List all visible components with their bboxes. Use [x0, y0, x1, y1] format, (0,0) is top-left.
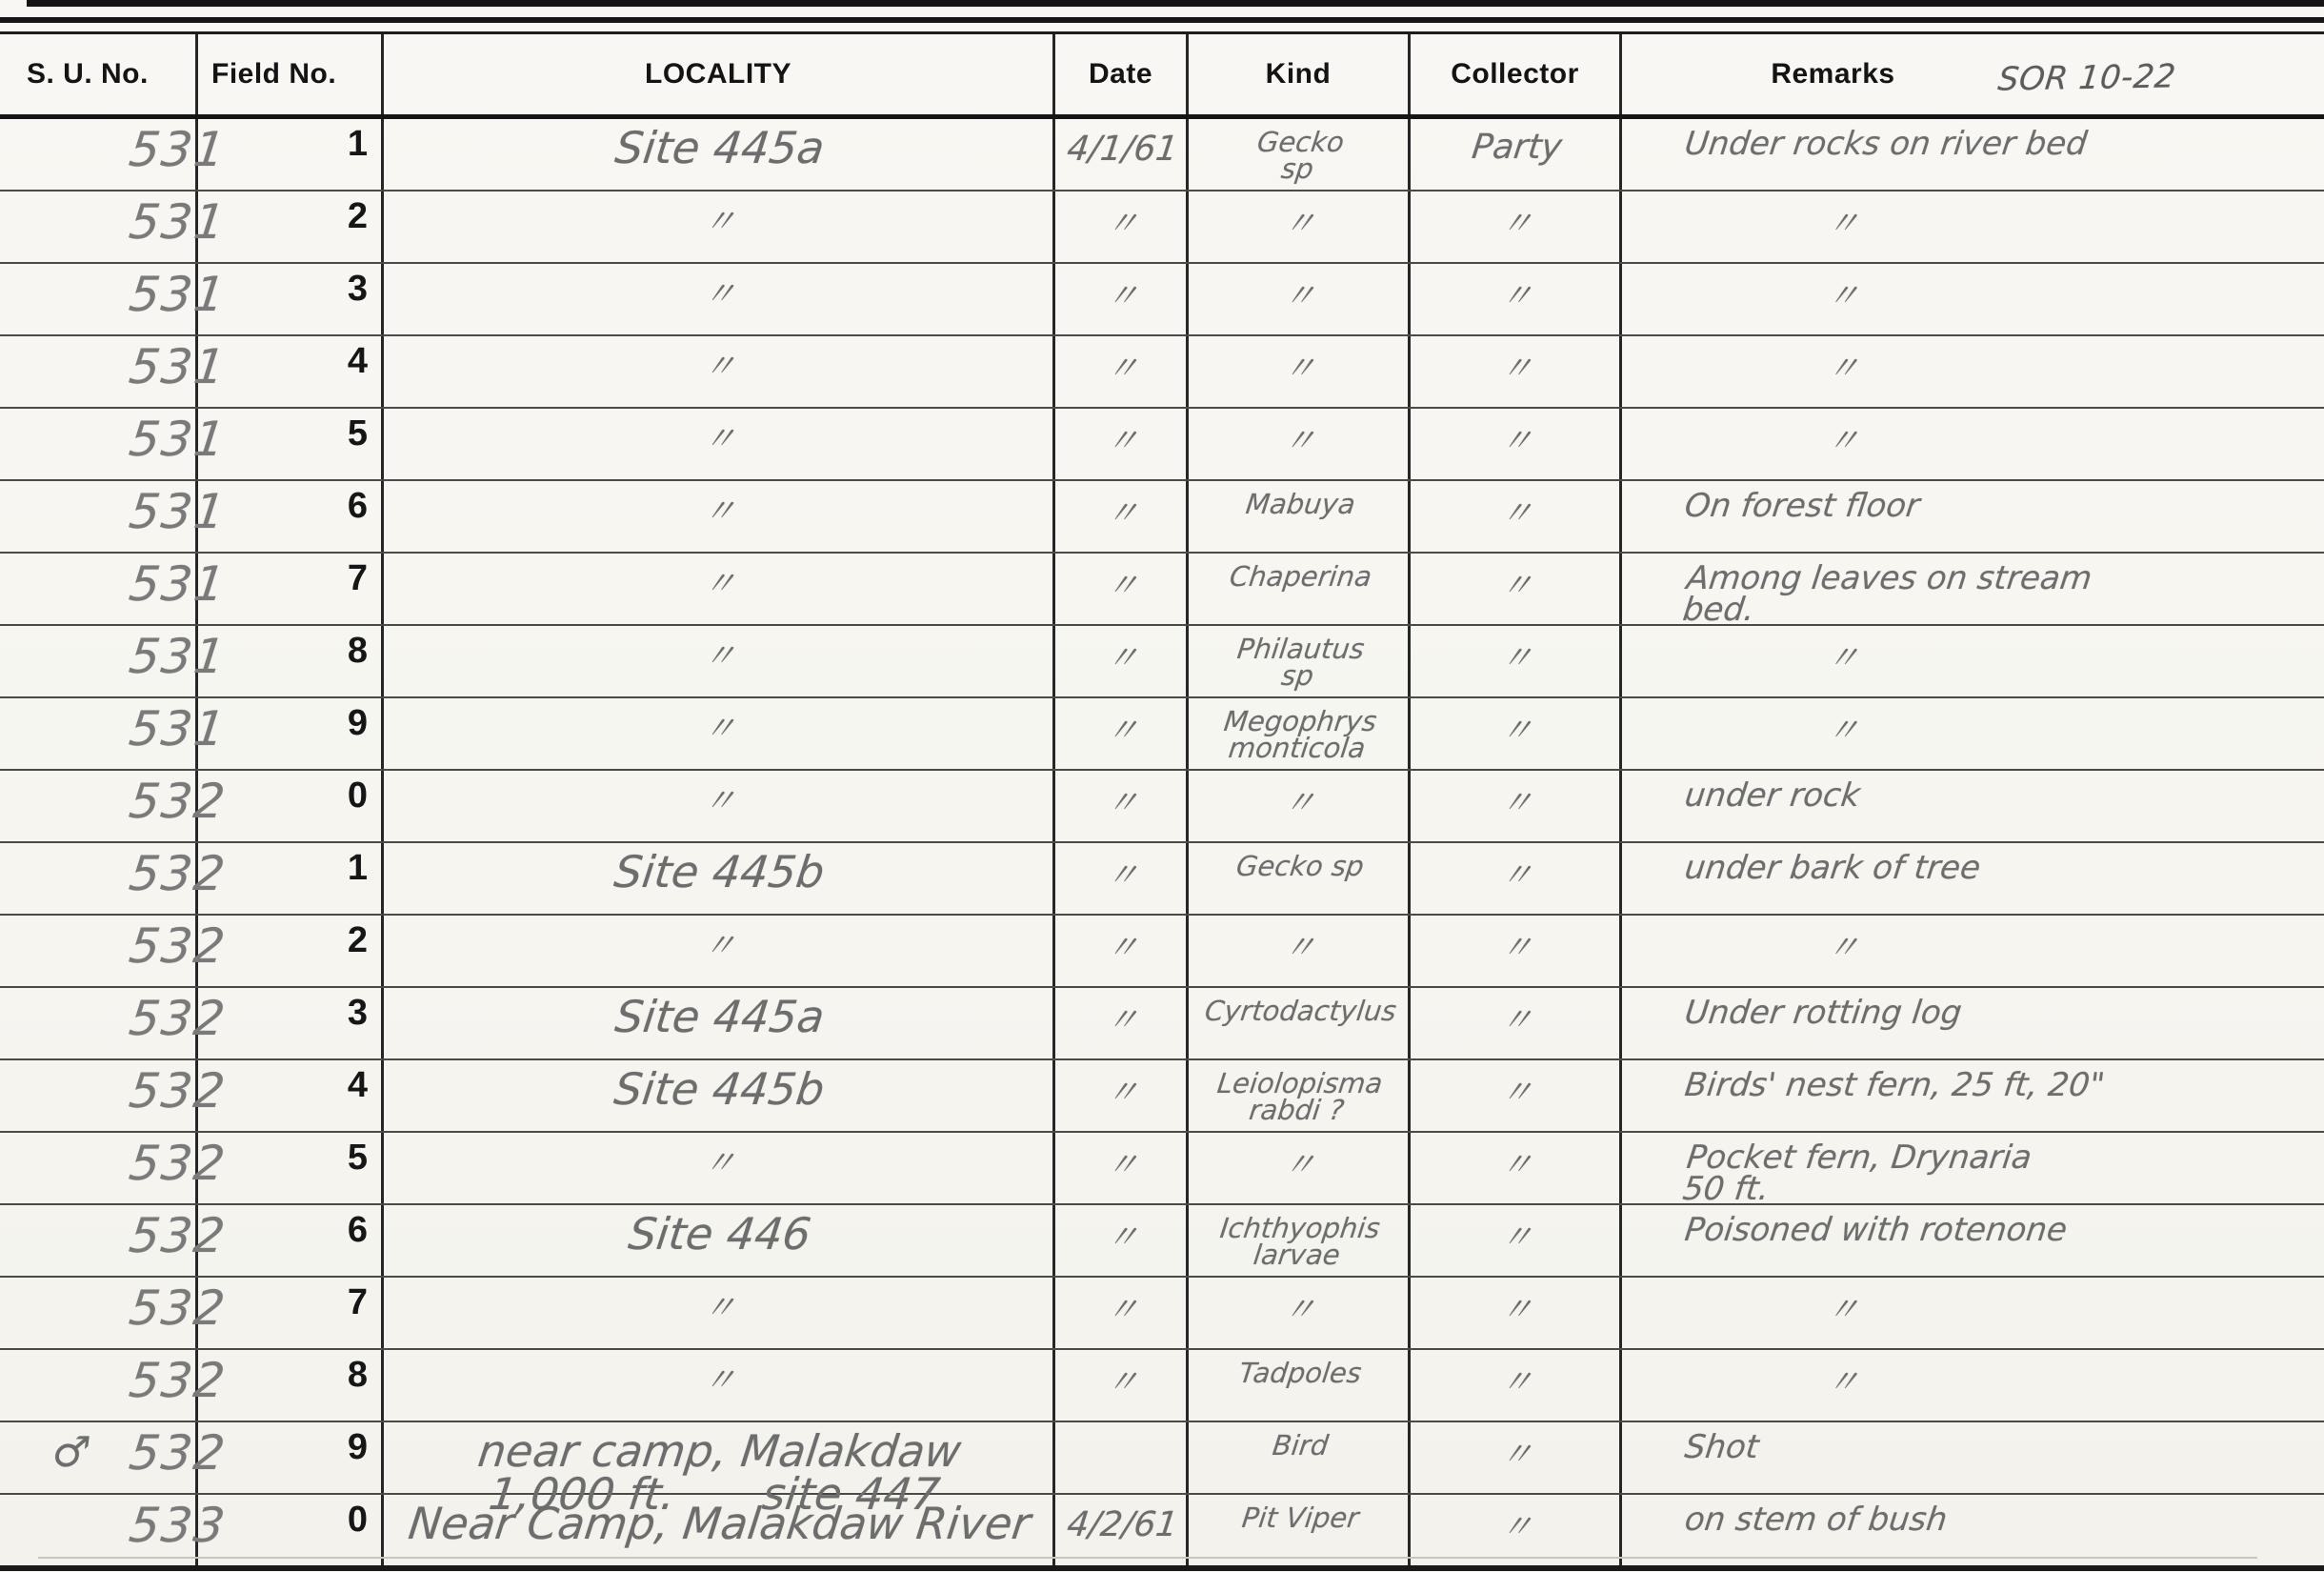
table-row: 531 9 〃 〃 Megophrys monticola 〃 〃 [0, 698, 2324, 771]
table-row: 532 6 Site 446 〃 Ichthyophis larvae 〃 Po… [0, 1205, 2324, 1278]
cell-date: 4/2/61 [1052, 1495, 1186, 1565]
cell-collector: 〃 [1408, 1205, 1619, 1276]
collector-value: 〃 [1495, 933, 1534, 986]
cell-collector: 〃 [1408, 988, 1619, 1058]
cell-kind: 〃 [1186, 409, 1408, 479]
date-value: 〃 [1101, 1005, 1140, 1058]
kind-value: Mabuya [1240, 491, 1356, 552]
field-no-printed: 8 [348, 1355, 368, 1396]
cell-field-no: 531 8 [195, 626, 381, 696]
field-no-handwritten: 531 [127, 489, 229, 535]
cell-locality: 〃 [381, 264, 1052, 334]
cell-date: 〃 [1052, 1350, 1186, 1421]
date-value: 〃 [1101, 643, 1140, 696]
locality-value: near camp, Malakdaw 1,000 ft. site 447 [473, 1430, 964, 1493]
cell-kind: Cyrtodactylus [1186, 988, 1408, 1058]
cell-field-no: 532 1 [195, 843, 381, 914]
cell-field-no: 531 3 [195, 264, 381, 334]
locality-value: Site 445a [610, 127, 826, 190]
collector-value: 〃 [1495, 1295, 1534, 1348]
header-field-no: Field No. [195, 34, 381, 114]
locality-value: 〃 [698, 931, 737, 986]
cell-remarks: Shot [1619, 1422, 2324, 1493]
cell-collector: 〃 [1408, 843, 1619, 914]
table-row: 532 4 Site 445b 〃 Leiolopisma rabdi ? 〃 … [0, 1060, 2324, 1133]
cell-locality: 〃 [381, 1133, 1052, 1203]
kind-value: Cyrtodactylus [1199, 998, 1398, 1058]
cell-date: 〃 [1052, 336, 1186, 407]
cell-collector: 〃 [1408, 409, 1619, 479]
cell-collector: 〃 [1408, 554, 1619, 624]
cell-kind: 〃 [1186, 191, 1408, 262]
cell-kind: Tadpoles [1186, 1350, 1408, 1421]
collector-value: 〃 [1495, 643, 1534, 696]
locality-value: 〃 [698, 641, 737, 696]
table-row: 531 4 〃 〃 〃 〃 〃 [0, 336, 2324, 409]
remarks-value: 〃 [1825, 643, 1861, 675]
field-no-handwritten: 531 [127, 561, 229, 608]
date-value: 〃 [1101, 1222, 1140, 1276]
header-collector: Collector [1408, 34, 1619, 114]
field-no-printed: 9 [348, 703, 368, 744]
remarks-value: 〃 [1825, 715, 1861, 747]
field-no-handwritten: 533 [127, 1502, 229, 1549]
cell-kind: Bird [1186, 1422, 1408, 1493]
collector-value: 〃 [1495, 788, 1534, 841]
date-value: 〃 [1101, 281, 1140, 334]
cell-field-no: 531 5 [195, 409, 381, 479]
cell-field-no: 532 5 [195, 1133, 381, 1203]
field-no-handwritten: 531 [127, 416, 229, 463]
cell-kind: Mabuya [1186, 481, 1408, 552]
table-row: 531 7 〃 〃 Chaperina 〃 Among leaves on st… [0, 554, 2324, 626]
cell-field-no: 532 6 [195, 1205, 381, 1276]
remarks-value: 〃 [1825, 353, 1861, 385]
date-value: 4/1/61 [1062, 132, 1179, 190]
field-no-printed: 5 [348, 413, 368, 454]
cell-collector: 〃 [1408, 698, 1619, 769]
field-no-printed: 3 [348, 269, 368, 310]
field-no-printed: 0 [348, 776, 368, 816]
field-no-printed: 8 [348, 631, 368, 672]
field-no-printed: 0 [348, 1500, 368, 1541]
field-no-printed: 1 [348, 124, 368, 165]
cell-locality: Near Camp, Malakdaw River [381, 1495, 1052, 1565]
scan-edge-artifact [27, 0, 2324, 7]
field-no-handwritten: 532 [127, 1285, 229, 1332]
cell-kind: Megophrys monticola [1186, 698, 1408, 769]
field-no-handwritten: 531 [127, 127, 229, 173]
table-row: 531 6 〃 〃 Mabuya 〃 On forest floor [0, 481, 2324, 554]
collector-value: 〃 [1495, 1005, 1534, 1058]
cell-date [1052, 1422, 1186, 1493]
locality-value: 〃 [698, 279, 737, 334]
cell-date: 〃 [1052, 1278, 1186, 1348]
cell-date: 〃 [1052, 771, 1186, 841]
date-value: 〃 [1101, 788, 1140, 841]
locality-value: 〃 [698, 569, 737, 624]
cell-remarks: Pocket fern, Drynaria 50 ft. [1619, 1133, 2324, 1203]
locality-value: Site 446 [624, 1213, 813, 1276]
remarks-value: Birds' nest fern, 25 ft, 20" [1683, 1070, 2107, 1101]
header-annotation: SOR 10-22 [1996, 62, 2177, 97]
cell-remarks: 〃 [1619, 698, 2324, 769]
table-row: 532 1 Site 445b 〃 Gecko sp 〃 under bark … [0, 843, 2324, 916]
cell-field-no: 532 9 [195, 1422, 381, 1493]
collector-value: 〃 [1495, 571, 1534, 624]
cell-remarks: Birds' nest fern, 25 ft, 20" [1619, 1060, 2324, 1131]
date-value: 〃 [1101, 1295, 1140, 1348]
remarks-value: Shot [1683, 1432, 1760, 1463]
kind-value: 〃 [1279, 1295, 1318, 1348]
date-value: 〃 [1101, 933, 1140, 986]
cell-remarks: Under rotting log [1619, 988, 2324, 1058]
date-value: 〃 [1101, 1150, 1140, 1203]
collector-value: Party [1467, 131, 1564, 190]
field-no-printed: 7 [348, 558, 368, 599]
date-value: 〃 [1101, 1078, 1140, 1131]
cell-remarks: Poisoned with rotenone [1619, 1205, 2324, 1276]
cell-remarks: Under rocks on river bed [1619, 119, 2324, 190]
cell-field-no: 532 8 [195, 1350, 381, 1421]
table-row: 531 8 〃 〃 Philautus sp 〃 〃 [0, 626, 2324, 698]
date-value [1117, 1436, 1124, 1493]
cell-date: 〃 [1052, 191, 1186, 262]
remarks-value: 〃 [1825, 1295, 1861, 1326]
header-remarks-label: Remarks [1771, 58, 1894, 91]
cell-locality: Site 445a [381, 119, 1052, 190]
table-body: 531 1 Site 445a 4/1/61 Gecko sp Party Un… [0, 119, 2324, 1571]
cell-locality: Site 445b [381, 1060, 1052, 1131]
field-no-handwritten: 532 [127, 1213, 229, 1260]
cell-locality: 〃 [381, 626, 1052, 696]
collector-value: 〃 [1495, 209, 1534, 262]
field-no-handwritten: 532 [127, 1140, 229, 1187]
header-kind: Kind [1186, 34, 1408, 114]
cell-date: 〃 [1052, 626, 1186, 696]
cell-collector: 〃 [1408, 1350, 1619, 1421]
cell-collector: 〃 [1408, 264, 1619, 334]
remarks-value: Under rotting log [1683, 998, 1963, 1029]
cell-locality: 〃 [381, 698, 1052, 769]
locality-value: Site 445b [610, 851, 827, 914]
cell-date: 〃 [1052, 1205, 1186, 1276]
cell-collector: 〃 [1408, 191, 1619, 262]
cell-field-no: 531 6 [195, 481, 381, 552]
field-no-printed: 3 [348, 993, 368, 1034]
date-value: 〃 [1101, 715, 1140, 769]
cell-date: 〃 [1052, 264, 1186, 334]
locality-value: 〃 [698, 496, 737, 552]
cell-remarks: 〃 [1619, 1350, 2324, 1421]
cell-remarks: 〃 [1619, 264, 2324, 334]
kind-value: Tadpoles [1233, 1360, 1363, 1421]
field-no-printed: 6 [348, 486, 368, 527]
scan-bottom-line [38, 1557, 2257, 1559]
locality-value: 〃 [698, 207, 737, 262]
cell-field-no: 532 4 [195, 1060, 381, 1131]
remarks-value: Under rocks on river bed [1683, 129, 2089, 160]
table-row: 531 1 Site 445a 4/1/61 Gecko sp Party Un… [0, 119, 2324, 191]
date-value: 〃 [1101, 426, 1140, 479]
locality-value: 〃 [698, 1293, 737, 1348]
locality-value: Site 445a [610, 996, 826, 1058]
kind-value: Chaperina [1224, 563, 1373, 624]
collector-value: 〃 [1495, 1150, 1534, 1203]
field-no-handwritten: 532 [127, 851, 229, 897]
card-top-rule [0, 17, 2324, 34]
cell-field-no: 532 3 [195, 988, 381, 1058]
remarks-value: under rock [1683, 780, 1862, 812]
date-value: 〃 [1101, 209, 1140, 262]
remarks-value: under bark of tree [1683, 853, 1982, 884]
field-no-printed: 4 [348, 1065, 368, 1106]
field-no-printed: 5 [348, 1138, 368, 1179]
table-row: 531 5 〃 〃 〃 〃 〃 [0, 409, 2324, 481]
field-no-handwritten: 532 [127, 778, 229, 825]
cell-date: 〃 [1052, 843, 1186, 914]
cell-field-no: 531 1 [195, 119, 381, 190]
kind-value: 〃 [1279, 209, 1318, 262]
table-row: 533 0 Near Camp, Malakdaw River 4/2/61 P… [0, 1495, 2324, 1565]
collector-value: 〃 [1495, 1440, 1534, 1493]
field-no-handwritten: 532 [127, 1358, 229, 1404]
collector-value: 〃 [1495, 1367, 1534, 1421]
table-row: 532 2 〃 〃 〃 〃 〃 [0, 916, 2324, 988]
remarks-value: 〃 [1825, 426, 1861, 457]
remarks-value: Among leaves on stream bed. [1681, 563, 2094, 627]
collector-value: 〃 [1495, 281, 1534, 334]
cell-date: 〃 [1052, 1060, 1186, 1131]
cell-kind: Philautus sp [1186, 626, 1408, 696]
collector-value: 〃 [1495, 860, 1534, 914]
table-row: 532 3 Site 445a 〃 Cyrtodactylus 〃 Under … [0, 988, 2324, 1060]
cell-kind: Ichthyophis larvae [1186, 1205, 1408, 1276]
cell-date: 4/1/61 [1052, 119, 1186, 190]
cell-remarks: 〃 [1619, 1278, 2324, 1348]
table-row: 532 7 〃 〃 〃 〃 〃 [0, 1278, 2324, 1350]
scanned-catalog-page: { "card": { "columns": ["S. U. No.", "Fi… [0, 0, 2324, 1572]
cell-locality: Site 445a [381, 988, 1052, 1058]
specimen-catalog-card: S. U. No. Field No. LOCALITY Date Kind C… [0, 17, 2324, 1571]
cell-field-no: 531 2 [195, 191, 381, 262]
cell-locality: 〃 [381, 191, 1052, 262]
date-value: 〃 [1101, 571, 1140, 624]
locality-value: 〃 [698, 424, 737, 479]
collector-value: 〃 [1495, 715, 1534, 769]
collector-value: 〃 [1495, 1078, 1534, 1131]
field-no-printed: 6 [348, 1210, 368, 1251]
field-no-printed: 2 [348, 920, 368, 961]
cell-locality: 〃 [381, 1278, 1052, 1348]
cell-remarks: under rock [1619, 771, 2324, 841]
header-date: Date [1052, 34, 1186, 114]
cell-remarks: under bark of tree [1619, 843, 2324, 914]
kind-value: Ichthyophis larvae [1214, 1215, 1381, 1276]
field-no-handwritten: 531 [127, 272, 229, 318]
cell-field-no: 533 0 [195, 1495, 381, 1565]
table-header: S. U. No. Field No. LOCALITY Date Kind C… [0, 34, 2324, 119]
cell-kind: 〃 [1186, 1133, 1408, 1203]
header-locality: LOCALITY [381, 34, 1052, 114]
cell-kind: Pit Viper [1186, 1495, 1408, 1565]
date-value: 〃 [1101, 353, 1140, 407]
remarks-value: on stem of bush [1683, 1504, 1949, 1536]
cell-locality: 〃 [381, 481, 1052, 552]
remarks-value: 〃 [1825, 1367, 1861, 1399]
cell-kind: 〃 [1186, 336, 1408, 407]
field-no-handwritten: 532 [127, 1430, 229, 1477]
cell-collector: 〃 [1408, 916, 1619, 986]
date-value: 〃 [1101, 1367, 1140, 1421]
cell-kind: Leiolopisma rabdi ? [1186, 1060, 1408, 1131]
cell-locality: 〃 [381, 916, 1052, 986]
cell-date: 〃 [1052, 481, 1186, 552]
cell-collector: 〃 [1408, 1133, 1619, 1203]
locality-value: Site 445b [610, 1068, 827, 1131]
cell-collector: Party [1408, 119, 1619, 190]
kind-value: Megophrys monticola [1218, 708, 1378, 769]
cell-remarks: 〃 [1619, 191, 2324, 262]
field-no-handwritten: 531 [127, 706, 229, 753]
cell-collector: 〃 [1408, 626, 1619, 696]
cell-kind: 〃 [1186, 771, 1408, 841]
cell-remarks: On forest floor [1619, 481, 2324, 552]
collector-value: 〃 [1495, 353, 1534, 407]
cell-kind: 〃 [1186, 916, 1408, 986]
date-value: 〃 [1101, 860, 1140, 914]
remarks-value: Poisoned with rotenone [1683, 1215, 2069, 1246]
remarks-value: 〃 [1825, 933, 1861, 964]
remarks-value: 〃 [1825, 209, 1861, 240]
remarks-value: 〃 [1825, 281, 1861, 312]
cell-collector: 〃 [1408, 1060, 1619, 1131]
locality-value: 〃 [698, 1148, 737, 1203]
cell-kind: Gecko sp [1186, 843, 1408, 914]
cell-collector: 〃 [1408, 1495, 1619, 1565]
collector-value: 〃 [1495, 426, 1534, 479]
collector-value: 〃 [1495, 498, 1534, 552]
cell-date: 〃 [1052, 916, 1186, 986]
locality-value: 〃 [698, 1365, 737, 1421]
cell-locality: 〃 [381, 336, 1052, 407]
cell-remarks: 〃 [1619, 409, 2324, 479]
table-row: ♂ 532 9 near camp, Malakdaw 1,000 ft. si… [0, 1422, 2324, 1495]
field-no-handwritten: 532 [127, 996, 229, 1042]
table-row: 532 5 〃 〃 〃 〃 Pocket fern, Drynaria 50 f… [0, 1133, 2324, 1205]
field-no-printed: 2 [348, 196, 368, 237]
cell-date: 〃 [1052, 698, 1186, 769]
cell-date: 〃 [1052, 554, 1186, 624]
table-row: 531 3 〃 〃 〃 〃 〃 [0, 264, 2324, 336]
cell-locality: Site 446 [381, 1205, 1052, 1276]
cell-locality: 〃 [381, 1350, 1052, 1421]
cell-collector: 〃 [1408, 1422, 1619, 1493]
kind-value: 〃 [1279, 788, 1318, 841]
cell-field-no: 531 7 [195, 554, 381, 624]
date-value: 〃 [1101, 498, 1140, 552]
cell-remarks: 〃 [1619, 336, 2324, 407]
cell-kind: 〃 [1186, 264, 1408, 334]
field-no-printed: 1 [348, 848, 368, 889]
cell-field-no: 531 9 [195, 698, 381, 769]
cell-locality: 〃 [381, 771, 1052, 841]
cell-field-no: 532 7 [195, 1278, 381, 1348]
table-row: 531 2 〃 〃 〃 〃 〃 [0, 191, 2324, 264]
locality-value: 〃 [698, 786, 737, 841]
cell-locality: 〃 [381, 554, 1052, 624]
field-no-handwritten: 532 [127, 1068, 229, 1115]
kind-value: 〃 [1279, 426, 1318, 479]
table-row: 532 0 〃 〃 〃 〃 under rock [0, 771, 2324, 843]
kind-value: Leiolopisma rabdi ? [1212, 1070, 1384, 1131]
field-no-printed: 9 [348, 1427, 368, 1468]
table-row: 532 8 〃 〃 Tadpoles 〃 〃 [0, 1350, 2324, 1422]
kind-value: 〃 [1279, 1150, 1318, 1203]
cell-remarks: on stem of bush [1619, 1495, 2324, 1565]
field-no-printed: 7 [348, 1282, 368, 1323]
header-remarks: Remarks SOR 10-22 [1619, 34, 2324, 114]
field-no-printed: 4 [348, 341, 368, 382]
kind-value: Gecko sp [1231, 853, 1365, 914]
su-no-value: ♂ [50, 1432, 92, 1473]
kind-value: Bird [1267, 1432, 1330, 1493]
cell-date: 〃 [1052, 409, 1186, 479]
cell-date: 〃 [1052, 988, 1186, 1058]
cell-locality: 〃 [381, 409, 1052, 479]
cell-locality: Site 445b [381, 843, 1052, 914]
kind-value: 〃 [1279, 353, 1318, 407]
remarks-value: Pocket fern, Drynaria 50 ft. [1681, 1142, 2033, 1206]
cell-remarks: Among leaves on stream bed. [1619, 554, 2324, 624]
locality-value: 〃 [698, 714, 737, 769]
cell-kind: 〃 [1186, 1278, 1408, 1348]
field-no-handwritten: 532 [127, 923, 229, 970]
cell-remarks: 〃 [1619, 916, 2324, 986]
cell-kind: Gecko sp [1186, 119, 1408, 190]
cell-remarks: 〃 [1619, 626, 2324, 696]
kind-value: 〃 [1279, 281, 1318, 334]
field-no-handwritten: 531 [127, 634, 229, 680]
cell-locality: near camp, Malakdaw 1,000 ft. site 447 [381, 1422, 1052, 1493]
remarks-value: On forest floor [1683, 491, 1921, 522]
cell-field-no: 532 0 [195, 771, 381, 841]
cell-kind: Chaperina [1186, 554, 1408, 624]
header-su-no: S. U. No. [0, 34, 195, 114]
cell-collector: 〃 [1408, 481, 1619, 552]
kind-value: 〃 [1279, 933, 1318, 986]
cell-collector: 〃 [1408, 1278, 1619, 1348]
collector-value: 〃 [1495, 1222, 1534, 1276]
field-no-handwritten: 531 [127, 199, 229, 246]
kind-value: Gecko sp [1252, 129, 1346, 190]
cell-date: 〃 [1052, 1133, 1186, 1203]
cell-collector: 〃 [1408, 336, 1619, 407]
cell-collector: 〃 [1408, 771, 1619, 841]
cell-field-no: 531 4 [195, 336, 381, 407]
field-no-handwritten: 531 [127, 344, 229, 391]
cell-field-no: 532 2 [195, 916, 381, 986]
kind-value: Philautus sp [1232, 635, 1366, 696]
locality-value: 〃 [698, 352, 737, 407]
